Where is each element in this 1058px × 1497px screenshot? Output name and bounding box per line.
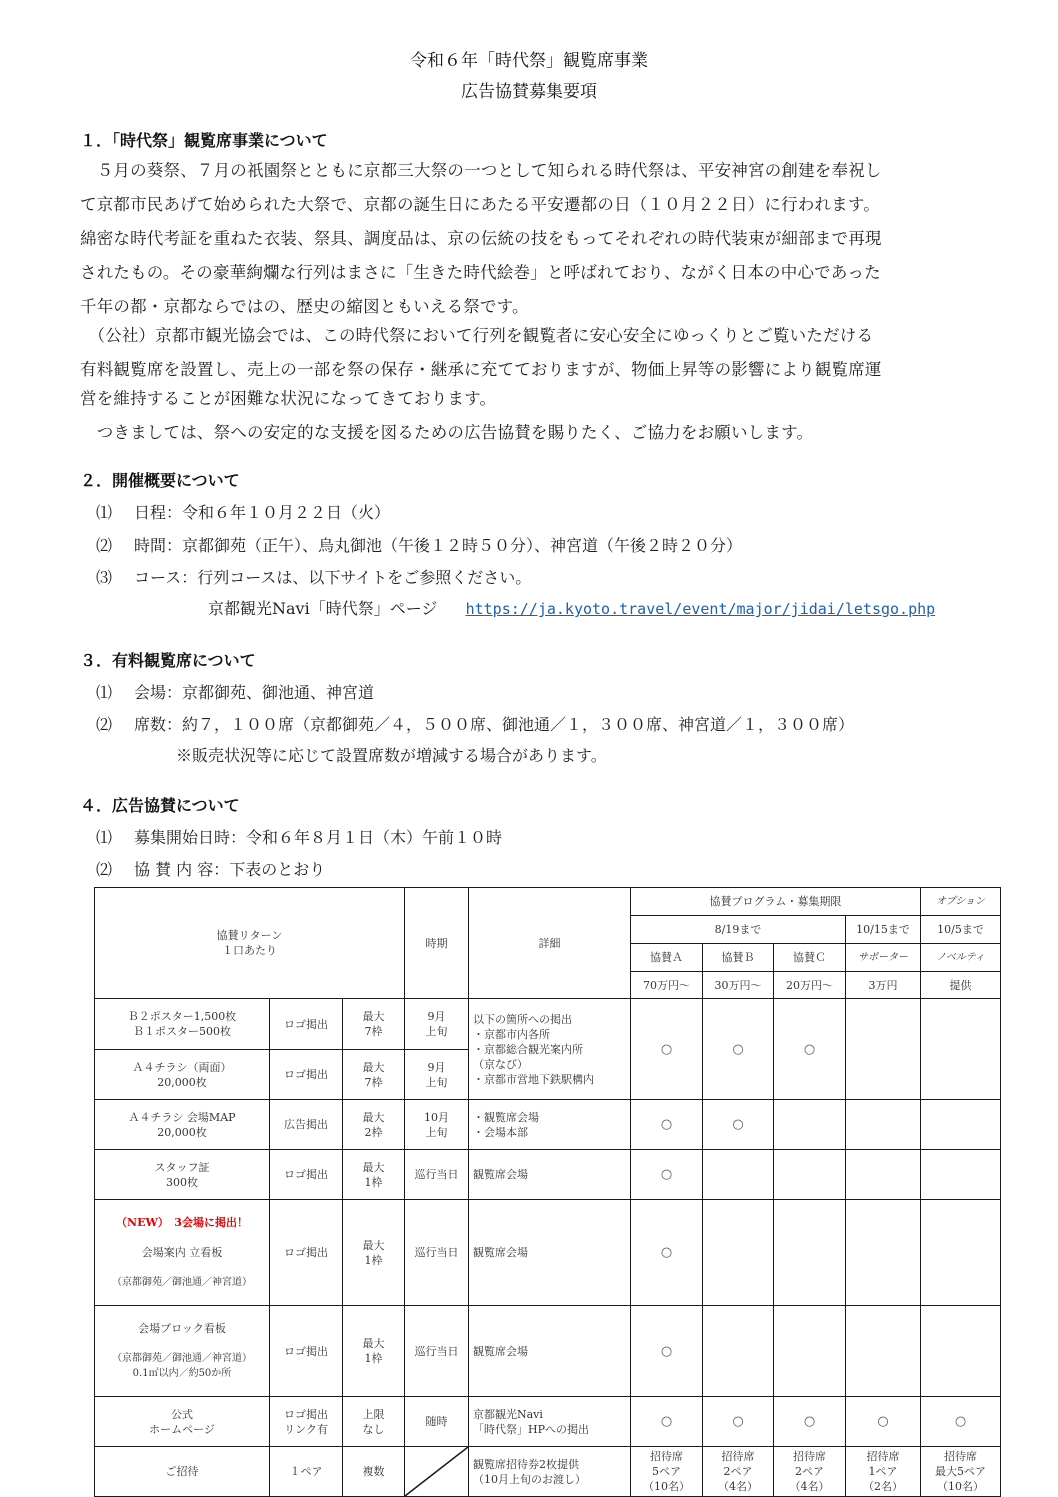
- mark-novelty: [921, 1306, 1001, 1397]
- row-item-sub: （京都御苑／御池通／神宮道）: [97, 1275, 267, 1290]
- mark-supporter: [846, 999, 921, 1100]
- mark-novelty: [921, 1150, 1001, 1200]
- row-slots: 最大 7枠: [343, 999, 405, 1050]
- header-period: 時期: [405, 888, 469, 999]
- section-4-heading: ４．広告協賛について: [80, 793, 240, 816]
- paragraph-line: つきましては、祭への安定的な支援を図るための広告協賛を賜りたく、ご協力をお願いし…: [80, 419, 813, 443]
- paragraph-line: 綿密な時代考証を重ねた衣装、祭具、調度品は、京の伝統の技をもってそれぞれの時代装…: [80, 225, 882, 249]
- mark-b: ○: [703, 1100, 774, 1150]
- paragraph-line: 有料観覧席を設置し、売上の一部を祭の保存・継承に充てておりますが、物価上昇等の影…: [80, 356, 882, 380]
- table-row: スタッフ証 300枚 ロゴ掲出 最大 1枠 巡行当日 観覧席会場 ○: [95, 1150, 1001, 1200]
- schedule-item: ⑴日程：令和６年１０月２２日（火）: [96, 500, 390, 523]
- item-text: 会場：京都御苑、御池通、神宮道: [134, 683, 374, 702]
- row-detail: 観覧席会場: [469, 1200, 631, 1306]
- course-link[interactable]: https://ja.kyoto.travel/event/major/jida…: [466, 600, 936, 618]
- time-item: ⑵時間：京都御苑（正午）、烏丸御池（午後１２時５０分）、神宮道（午後２時２０分）: [96, 533, 742, 556]
- seats-item: ⑵席数：約７，１００席（京都御苑／４，５００席、御池通／１，３００席、神宮道／１…: [96, 712, 854, 735]
- invite-b: 招待席 2ペア （4名）: [703, 1447, 774, 1497]
- invite-supporter: 招待席 1ペア （2名）: [846, 1447, 921, 1497]
- document-subtitle: 広告協賛募集要項: [0, 77, 1058, 102]
- item-number: ⑵: [96, 857, 134, 880]
- mark-c: ○: [774, 1397, 846, 1447]
- mark-c: [774, 1306, 846, 1397]
- header-option: オプション: [921, 888, 1001, 916]
- plan-b-name: 協賛Ｂ: [703, 944, 774, 972]
- row-detail: ・観覧席会場 ・会場本部: [469, 1100, 631, 1150]
- section-1-heading: １．「時代祭」観覧席事業について: [80, 128, 328, 151]
- header-return: 協賛リターン １口あたり: [95, 888, 405, 999]
- deadline-819: 8/19まで: [631, 916, 846, 944]
- start-date-item: ⑴募集開始日時：令和６年８月１日（木）午前１０時: [96, 825, 502, 848]
- mark-c: [774, 1150, 846, 1200]
- mark-b: [703, 1150, 774, 1200]
- row-item: 会場案内 立看板: [97, 1245, 267, 1260]
- invite-c: 招待席 2ペア （4名）: [774, 1447, 846, 1497]
- row-slots: 上限 なし: [343, 1397, 405, 1447]
- header-program: 協賛プログラム・募集期限: [631, 888, 921, 916]
- paragraph-line: （公社）京都市観光協会では、この時代祭において行列を観覧者に安心安全にゆっくりと…: [80, 322, 873, 346]
- mark-b: [703, 1306, 774, 1397]
- row-item: 公式 ホームページ: [95, 1397, 270, 1447]
- row-slots: 最大 7枠: [343, 1050, 405, 1100]
- plan-supporter-name: サポーター: [846, 944, 921, 972]
- row-period-na: [405, 1447, 469, 1497]
- row-detail: 京都観光Navi 「時代祭」HPへの掲出: [469, 1397, 631, 1447]
- table-row: 公式 ホームページ ロゴ掲出 リンク有 上限 なし 随時 京都観光Navi 「時…: [95, 1397, 1001, 1447]
- table-row: Ａ４チラシ 会場MAP 20,000枚 広告掲出 最大 2枠 10月 上旬 ・観…: [95, 1100, 1001, 1150]
- item-text: 募集開始日時：令和６年８月１日（木）午前１０時: [134, 828, 502, 847]
- plan-novelty-name: ノベルティ: [921, 944, 1001, 972]
- row-item-cell: 会場ブロック看板 （京都御苑／御池通／神宮道） 0.1㎡以内／約50か所: [95, 1306, 270, 1397]
- row-period: 10月 上旬: [405, 1100, 469, 1150]
- row-item: 会場ブロック看板: [97, 1321, 267, 1336]
- section-3-heading: ３．有料観覧席について: [80, 648, 256, 671]
- row-type: 広告掲出: [270, 1100, 343, 1150]
- mark-c: ○: [774, 999, 846, 1100]
- item-text: 日程：令和６年１０月２２日（火）: [134, 503, 390, 522]
- item-number: ⑴: [96, 825, 134, 848]
- seats-note: ※販売状況等に応じて設置席数が増減する場合があります。: [176, 743, 607, 766]
- sponsorship-table: 協賛リターン １口あたり 時期 詳細 協賛プログラム・募集期限 オプション 8/…: [94, 887, 1001, 1497]
- link-label: 京都観光Navi「時代祭」ページ: [208, 599, 437, 618]
- mark-b: ○: [703, 1397, 774, 1447]
- row-slots: 最大 1枠: [343, 1200, 405, 1306]
- item-text: 協 賛 内 容：下表のとおり: [134, 860, 325, 879]
- plan-c-price: 20万円～: [774, 972, 846, 999]
- section-2-heading: ２．開催概要について: [80, 468, 240, 491]
- mark-supporter: [846, 1150, 921, 1200]
- course-item: ⑶コース：行列コースは、以下サイトをご参照ください。: [96, 565, 531, 588]
- table-row: 会場ブロック看板 （京都御苑／御池通／神宮道） 0.1㎡以内／約50か所 ロゴ掲…: [95, 1306, 1001, 1397]
- row-type: ロゴ掲出: [270, 999, 343, 1050]
- mark-novelty: [921, 999, 1001, 1100]
- plan-b-price: 30万円～: [703, 972, 774, 999]
- content-item: ⑵協 賛 内 容：下表のとおり: [96, 857, 325, 880]
- item-text: コース：行列コースは、以下サイトをご参照ください。: [134, 568, 531, 587]
- row-detail: 観覧席会場: [469, 1306, 631, 1397]
- mark-c: [774, 1200, 846, 1306]
- table-row: Ｂ２ポスター1,500枚 Ｂ１ポスター500枚 ロゴ掲出 最大 7枠 9月 上旬…: [95, 999, 1001, 1050]
- row-type: ロゴ掲出: [270, 1200, 343, 1306]
- row-item: スタッフ証 300枚: [95, 1150, 270, 1200]
- mark-supporter: [846, 1200, 921, 1306]
- course-link-row: 京都観光Navi「時代祭」ページ https://ja.kyoto.travel…: [208, 596, 935, 619]
- row-item-sub: （京都御苑／御池通／神宮道） 0.1㎡以内／約50か所: [97, 1351, 267, 1381]
- invite-novelty: 招待席 最大5ペア （10名）: [921, 1447, 1001, 1497]
- paragraph-line: 千年の都・京都ならではの、歴史の縮図ともいえる祭です。: [80, 293, 529, 317]
- deadline-1015: 10/15まで: [846, 916, 921, 944]
- row-slots: 最大 2枠: [343, 1100, 405, 1150]
- item-number: ⑶: [96, 565, 134, 588]
- mark-a: ○: [631, 1100, 703, 1150]
- paragraph-line: て京都市民あげて始められた大祭で、京都の誕生日にあたる平安遷都の日（１０月２２日…: [80, 191, 880, 215]
- document-title: 令和６年「時代祭」観覧席事業: [0, 46, 1058, 71]
- row-period: 9月 上旬: [405, 999, 469, 1050]
- mark-a: ○: [631, 1397, 703, 1447]
- row-item: ご招待: [95, 1447, 270, 1497]
- row-slots: 最大 1枠: [343, 1306, 405, 1397]
- deadline-105: 10/5まで: [921, 916, 1001, 944]
- row-type: ロゴ掲出: [270, 1150, 343, 1200]
- row-detail: 観覧席会場: [469, 1150, 631, 1200]
- paragraph-line: されたもの。その豪華絢爛な行列はまさに「生きた時代絵巻」と呼ばれており、ながく日…: [80, 259, 881, 283]
- row-period: 随時: [405, 1397, 469, 1447]
- row-period: 巡行当日: [405, 1306, 469, 1397]
- paragraph-line: ５月の葵祭、７月の祇園祭とともに京都三大祭の一つとして知られる時代祭は、平安神宮…: [80, 157, 882, 181]
- mark-novelty: ○: [921, 1397, 1001, 1447]
- mark-a: ○: [631, 1306, 703, 1397]
- diagonal-slash-icon: [405, 1447, 468, 1496]
- row-period: 巡行当日: [405, 1200, 469, 1306]
- item-text: 席数：約７，１００席（京都御苑／４，５００席、御池通／１，３００席、神宮道／１，…: [134, 715, 854, 734]
- mark-a: ○: [631, 999, 703, 1100]
- mark-supporter: [846, 1100, 921, 1150]
- row-item: Ａ４チラシ（両面） 20,000枚: [95, 1050, 270, 1100]
- row-item: Ｂ２ポスター1,500枚 Ｂ１ポスター500枚: [95, 999, 270, 1050]
- row-slots: 最大 1枠: [343, 1150, 405, 1200]
- row-detail: 以下の箇所への掲出 ・京都市内各所 ・京都総合観光案内所 （京なび） ・京都市営…: [469, 999, 631, 1100]
- row-type: １ペア: [270, 1447, 343, 1497]
- mark-a: ○: [631, 1150, 703, 1200]
- row-period: 9月 上旬: [405, 1050, 469, 1100]
- row-detail: 観覧席招待券2枚提供 （10月上旬のお渡し）: [469, 1447, 631, 1497]
- plan-novelty-price: 提供: [921, 972, 1001, 999]
- row-period: 巡行当日: [405, 1150, 469, 1200]
- row-type: ロゴ掲出: [270, 1050, 343, 1100]
- row-type: ロゴ掲出 リンク有: [270, 1397, 343, 1447]
- item-text: 時間：京都御苑（正午）、烏丸御池（午後１２時５０分）、神宮道（午後２時２０分）: [134, 536, 742, 555]
- mark-b: [703, 1200, 774, 1306]
- row-slots: 複数: [343, 1447, 405, 1497]
- plan-supporter-price: 3万円: [846, 972, 921, 999]
- paragraph-line: 営を維持することが困難な状況になってきております。: [80, 385, 496, 409]
- mark-supporter: [846, 1306, 921, 1397]
- item-number: ⑵: [96, 712, 134, 735]
- mark-a: ○: [631, 1200, 703, 1306]
- venue-item: ⑴会場：京都御苑、御池通、神宮道: [96, 680, 374, 703]
- plan-c-name: 協賛Ｃ: [774, 944, 846, 972]
- item-number: ⑴: [96, 680, 134, 703]
- item-number: ⑴: [96, 500, 134, 523]
- mark-novelty: [921, 1100, 1001, 1150]
- plan-a-price: 70万円～: [631, 972, 703, 999]
- mark-novelty: [921, 1200, 1001, 1306]
- invite-a: 招待席 5ペア （10名）: [631, 1447, 703, 1497]
- mark-b: ○: [703, 999, 774, 1100]
- item-number: ⑵: [96, 533, 134, 556]
- row-item-cell: （NEW） 3会場に掲出！ 会場案内 立看板 （京都御苑／御池通／神宮道）: [95, 1200, 270, 1306]
- row-item: Ａ４チラシ 会場MAP 20,000枚: [95, 1100, 270, 1150]
- mark-supporter: ○: [846, 1397, 921, 1447]
- header-detail: 詳細: [469, 888, 631, 999]
- row-type: ロゴ掲出: [270, 1306, 343, 1397]
- table-row: ご招待 １ペア 複数 観覧席招待券2枚提供 （10月上旬のお渡し） 招待席 5ペ…: [95, 1447, 1001, 1497]
- table-row: （NEW） 3会場に掲出！ 会場案内 立看板 （京都御苑／御池通／神宮道） ロゴ…: [95, 1200, 1001, 1306]
- new-badge: （NEW） 3会場に掲出！: [97, 1215, 267, 1230]
- mark-c: [774, 1100, 846, 1150]
- plan-a-name: 協賛Ａ: [631, 944, 703, 972]
